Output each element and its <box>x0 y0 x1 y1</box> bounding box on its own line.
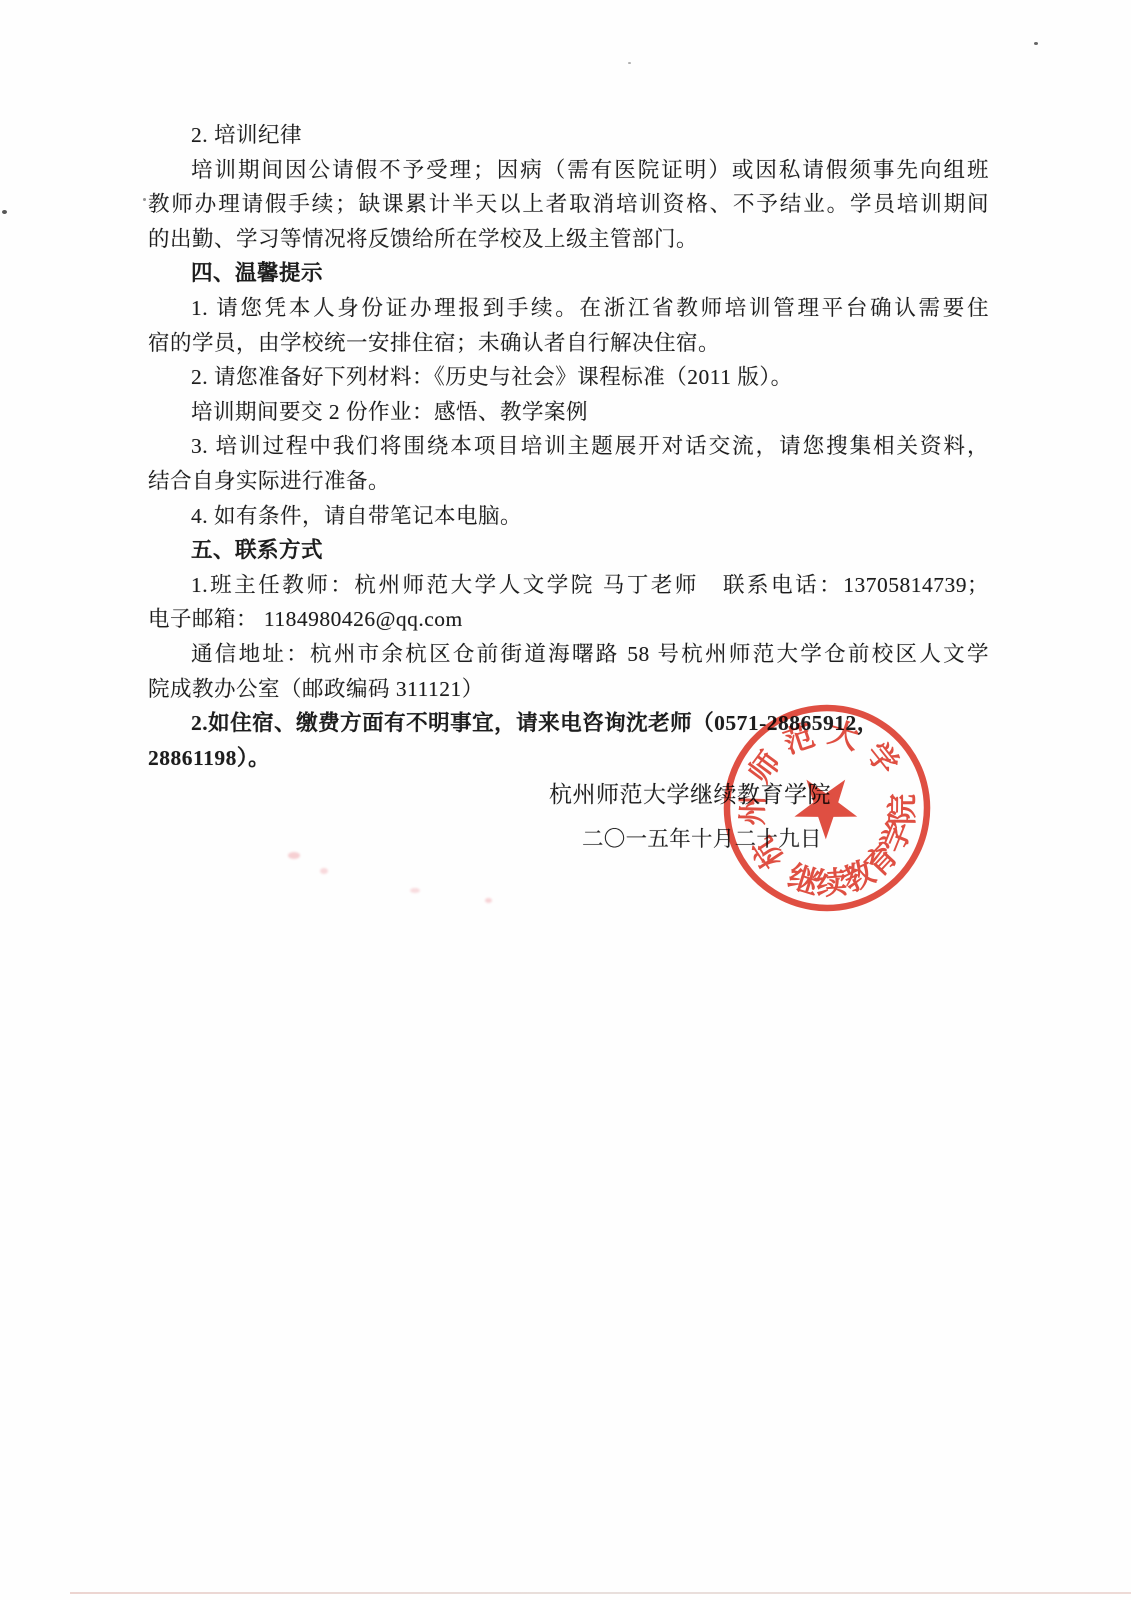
document-line: 1.班主任教师：杭州师范大学人文学院 马丁老师 联系电话：13705814739… <box>148 568 989 603</box>
ink-smudge <box>485 898 492 903</box>
stamp-star-icon <box>781 761 867 846</box>
document-lines: 2. 培训纪律培训期间因公请假不予受理；因病（需有医院证明）或因私请假须事先向组… <box>148 118 989 775</box>
document-line: 通信地址：杭州市余杭区仓前街道海曙路 58 号杭州师范大学仓前校区人文学 <box>148 637 989 672</box>
scan-speck <box>143 198 146 201</box>
scanned-document-page: 2. 培训纪律培训期间因公请假不予受理；因病（需有医院证明）或因私请假须事先向组… <box>0 0 1131 1600</box>
document-line: 五、联系方式 <box>148 533 989 568</box>
scan-speck <box>1034 42 1038 45</box>
document-line: 3. 培训过程中我们将围绕本项目培训主题展开对话交流，请您搜集相关资料， <box>148 429 989 464</box>
scan-speck <box>628 62 631 64</box>
document-line: 结合自身实际进行准备。 <box>148 464 989 499</box>
ink-smudge <box>320 868 328 874</box>
ink-smudge <box>410 888 420 893</box>
document-line: 电子邮箱： 1184980426@qq.com <box>148 602 989 637</box>
scan-edge-line <box>70 1592 1131 1594</box>
document-line: 教师办理请假手续；缺课累计半天以上者取消培训资格、不予结业。学员培训期间 <box>148 187 989 222</box>
document-line: 2. 培训纪律 <box>148 118 989 153</box>
document-line: 宿的学员，由学校统一安排住宿；未确认者自行解决住宿。 <box>148 326 989 361</box>
document-line: 的出勤、学习等情况将反馈给所在学校及上级主管部门。 <box>148 222 989 257</box>
official-seal-stamp: 杭州师范大学 继续教育学院 <box>709 690 945 926</box>
document-line: 培训期间因公请假不予受理；因病（需有医院证明）或因私请假须事先向组班 <box>148 153 989 188</box>
ink-smudge <box>288 852 300 859</box>
scan-speck <box>2 210 7 214</box>
document-line: 1. 请您凭本人身份证办理报到手续。在浙江省教师培训管理平台确认需要住 <box>148 291 989 326</box>
document-line: 四、温馨提示 <box>148 256 989 291</box>
document-line: 培训期间要交 2 份作业：感悟、教学案例 <box>148 395 989 430</box>
document-line: 2. 请您准备好下列材料：《历史与社会》课程标准（2011 版）。 <box>148 360 989 395</box>
document-line: 4. 如有条件，请自带笔记本电脑。 <box>148 499 989 534</box>
